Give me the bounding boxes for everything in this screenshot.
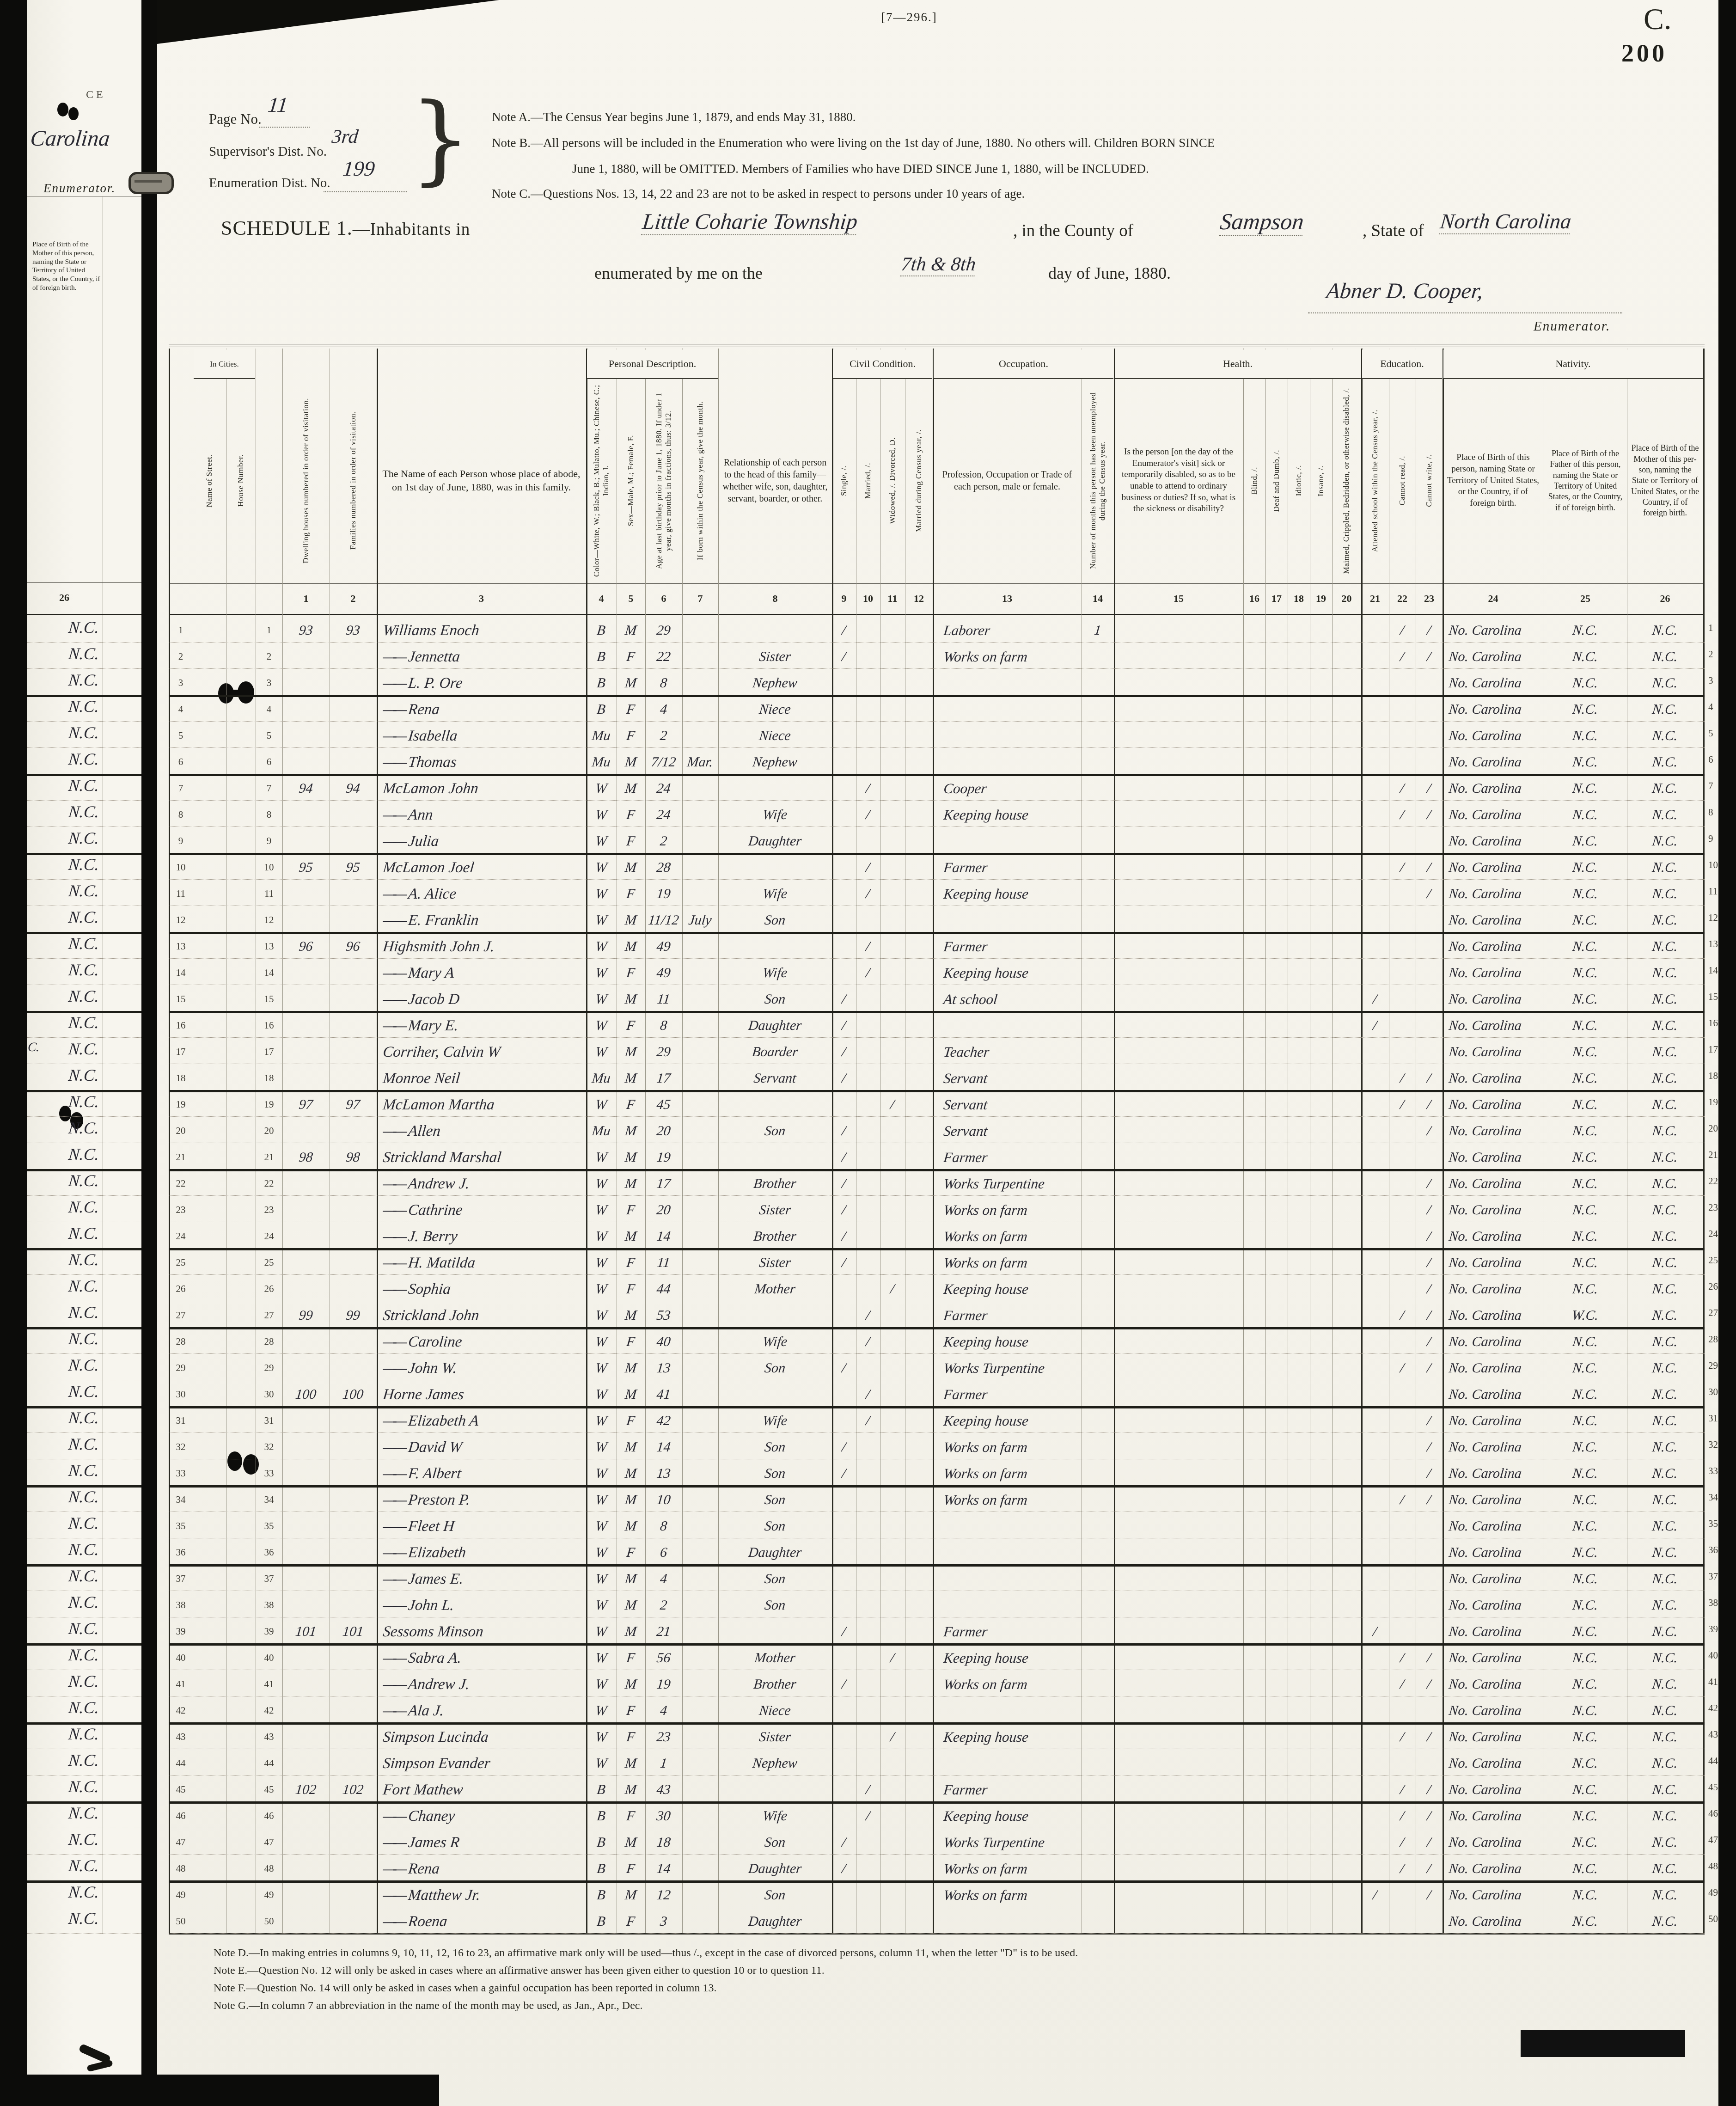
line-number: 47 [256, 1828, 282, 1854]
table-row: 119393Williams EnochBM29/Laborer1//No. C… [169, 616, 1705, 643]
cell-birthplace: No. Carolina [1448, 1828, 1545, 1854]
table-row: 2424——J. BerryWM14Brother/Works on farm/… [169, 1222, 1705, 1250]
cell-mother-birthplace: N.C. [1626, 747, 1705, 774]
strip-birthplace-value: N.C. [67, 721, 158, 747]
supervisor-dist-value: 3rd [330, 126, 359, 148]
cell-birthplace: No. Carolina [1448, 1406, 1545, 1433]
cell-relationship: Brother [717, 1169, 833, 1195]
strip-rule [27, 196, 141, 196]
strip-text-fragment: CE [86, 89, 106, 101]
cell-age: 30 [644, 1801, 684, 1828]
line-number: 5 [256, 721, 282, 747]
line-number: 30 [169, 1380, 193, 1406]
mark-cannot-write: / [1414, 879, 1444, 906]
line-number: 20 [256, 1116, 282, 1143]
strip-row: N.C. [27, 1380, 141, 1408]
mark-single: / [831, 1222, 857, 1248]
column-header-label: Relationship of each person to the head … [721, 457, 829, 505]
cell-relationship: Son [717, 1512, 833, 1538]
mark-cannot-write: / [1414, 853, 1444, 879]
cell-age: 29 [644, 1037, 684, 1064]
cell-mother-birthplace: N.C. [1626, 800, 1705, 826]
group-header-incities: In Cities. [194, 349, 255, 379]
cell-relationship: Brother [717, 1670, 833, 1696]
mark-cannot-write: / [1414, 616, 1444, 642]
table-row: 3131——Elizabeth AWF42Wife/Keeping house/… [169, 1406, 1705, 1433]
cell-sex: M [615, 1828, 647, 1854]
cell-age: 10 [644, 1485, 684, 1512]
mark-widowed: / [879, 1643, 906, 1670]
line-number: 19 [169, 1090, 193, 1116]
ditto-dash: —— [382, 909, 405, 932]
cell-age: 28 [644, 853, 684, 879]
cell-birthplace: No. Carolina [1448, 1749, 1545, 1775]
cell-color: B [585, 1907, 618, 1933]
margin-line-number: 23 [1708, 1202, 1718, 1213]
line-number: 6 [169, 747, 193, 774]
column-header-c6: Age at last birthday prior to June 1, 18… [645, 383, 682, 579]
cell-person-name: ——Ann [382, 800, 587, 826]
margin-line-number: 3 [1708, 675, 1713, 686]
cell-occupation: Servant [942, 1064, 1083, 1090]
line-number: 4 [256, 695, 282, 721]
cell-relationship: Sister [717, 1195, 833, 1222]
strip-stray-mark: C. [27, 1040, 40, 1055]
cell-age: 17 [644, 1064, 684, 1090]
table-row: 1717Corriher, Calvin WWM29Boarder/Teache… [169, 1037, 1705, 1064]
mark-single: / [831, 1116, 857, 1143]
cell-mother-birthplace: N.C. [1626, 1222, 1705, 1248]
cell-father-birthplace: N.C. [1542, 1327, 1628, 1353]
cell-father-birthplace: N.C. [1542, 1143, 1628, 1169]
line-number: 40 [169, 1643, 193, 1670]
cell-family-number: 97 [328, 1090, 378, 1116]
ditto-dash: —— [382, 961, 405, 985]
line-number: 42 [256, 1696, 282, 1722]
cell-color: W [585, 1459, 618, 1485]
strip-col26-header: Place of Birth of the Mother of this per… [32, 240, 101, 293]
ditto-dash: —— [382, 1831, 405, 1854]
cell-sex: M [615, 1512, 647, 1538]
cell-father-birthplace: N.C. [1542, 1643, 1628, 1670]
cell-color: B [585, 1880, 618, 1907]
line-number: 45 [169, 1775, 193, 1801]
margin-line-number: 25 [1708, 1255, 1718, 1266]
cell-sex: M [615, 906, 647, 932]
line-number: 26 [169, 1274, 193, 1301]
cell-mother-birthplace: N.C. [1626, 1591, 1705, 1617]
column-number-5: 5 [617, 583, 645, 614]
line-number: 5 [169, 721, 193, 747]
strip-row: N.C. [27, 1353, 141, 1380]
mark-widowed: / [879, 1090, 906, 1116]
line-number: 44 [169, 1749, 193, 1775]
cell-color: B [585, 1854, 618, 1880]
mark-cannot-write: / [1414, 1459, 1444, 1485]
cell-age: 8 [644, 1011, 684, 1037]
line-number: 25 [256, 1248, 282, 1274]
column-header-c16: Blind, /. [1243, 383, 1265, 579]
cell-father-birthplace: N.C. [1542, 1907, 1628, 1933]
margin-line-number: 42 [1708, 1702, 1718, 1714]
strip-birthplace-value: N.C. [67, 1749, 158, 1775]
cell-sex: M [615, 1485, 647, 1512]
cell-birthplace: No. Carolina [1448, 1353, 1545, 1380]
line-number: 8 [169, 800, 193, 826]
strip-birthplace-value: N.C. [67, 1353, 158, 1380]
column-header-label: The Name of each Person whose place of a… [379, 467, 583, 494]
cell-father-birthplace: N.C. [1542, 1591, 1628, 1617]
state-value: North Carolina [1439, 209, 1572, 234]
strip-row: N.C. [27, 958, 141, 985]
cell-birthplace: No. Carolina [1448, 1222, 1545, 1248]
cell-family-number: 95 [328, 853, 378, 879]
cell-sex: F [615, 879, 647, 906]
ditto-dash: —— [382, 1357, 405, 1380]
margin-line-number: 6 [1708, 754, 1713, 765]
cell-mother-birthplace: N.C. [1626, 1775, 1705, 1801]
strip-birthplace-value: N.C. [67, 1643, 158, 1670]
cell-birthplace: No. Carolina [1448, 1327, 1545, 1353]
strip-row: N.C. [27, 642, 141, 669]
mark-cannot-write: / [1414, 1670, 1444, 1696]
table-row: 4040——Sabra A.WF56Mother/Keeping house//… [169, 1643, 1705, 1670]
mark-married: / [855, 1801, 881, 1828]
cell-sex: F [615, 1195, 647, 1222]
cell-person-name: Strickland Marshal [382, 1143, 587, 1169]
column-header-c8: Relationship of each person to the head … [721, 383, 829, 579]
cell-father-birthplace: N.C. [1542, 721, 1628, 747]
strip-row: N.C. [27, 853, 141, 880]
cell-mother-birthplace: N.C. [1626, 958, 1705, 985]
cell-father-birthplace: N.C. [1542, 932, 1628, 958]
mark-cannot-write: / [1414, 1880, 1444, 1907]
strip-row: N.C. [27, 1195, 141, 1222]
cell-sex: M [615, 1749, 647, 1775]
cell-birth-month: Mar. [681, 747, 720, 774]
cell-birthplace: No. Carolina [1448, 616, 1545, 642]
cell-age: 13 [644, 1353, 684, 1380]
cell-occupation: Works on farm [942, 1433, 1083, 1459]
strip-row: N.C. [27, 1433, 141, 1459]
cell-mother-birthplace: N.C. [1626, 1274, 1705, 1301]
cell-color: W [585, 1643, 618, 1670]
cell-birthplace: No. Carolina [1448, 1011, 1545, 1037]
strip-row: N.C. [27, 1854, 141, 1883]
line-number: 4 [169, 695, 193, 721]
strip-birthplace-value: N.C. [67, 826, 158, 853]
line-number: 37 [256, 1564, 282, 1591]
margin-line-number: 45 [1708, 1782, 1718, 1793]
enumeration-dist-value: 199 [342, 156, 376, 181]
cell-color: W [585, 1274, 618, 1301]
strip-row: N.C. [27, 1696, 141, 1725]
cell-age: 12 [644, 1880, 684, 1907]
column-number-10: 10 [856, 583, 880, 614]
cell-relationship: Wife [717, 800, 833, 826]
county-lead: , in the County of [1013, 221, 1133, 241]
cell-sex: M [615, 1670, 647, 1696]
cell-mother-birthplace: N.C. [1626, 1248, 1705, 1274]
strip-birthplace-value: N.C. [67, 1169, 158, 1195]
ditto-dash: —— [382, 1594, 405, 1617]
line-number: 19 [256, 1090, 282, 1116]
strip-birthplace-value: N.C. [67, 1801, 158, 1828]
strip-row: N.C. [27, 1116, 141, 1143]
cell-color: W [585, 1143, 618, 1169]
cell-occupation: Works on farm [942, 1222, 1083, 1248]
strip-birthplace-value: N.C. [67, 1722, 158, 1749]
cell-color: W [585, 1327, 618, 1353]
line-number: 6 [256, 747, 282, 774]
group-header-education: Education. [1362, 349, 1442, 379]
table-row: 19199797McLamon MarthaWF45/Servant//No. … [169, 1090, 1705, 1117]
cell-age: 7/12 [644, 747, 684, 774]
cell-color: B [585, 1801, 618, 1828]
note-b-line1: Note B.—All persons will be included in … [492, 136, 1215, 150]
ditto-dash: —— [382, 645, 405, 668]
cell-occupation: Works Turpentine [942, 1353, 1083, 1380]
cell-age: 18 [644, 1828, 684, 1854]
cell-father-birthplace: N.C. [1542, 1564, 1628, 1591]
cell-age: 11 [644, 985, 684, 1011]
table-row: 4343Simpson LucindaWF23Sister/Keeping ho… [169, 1722, 1705, 1749]
margin-line-number: 13 [1708, 938, 1718, 950]
cell-father-birthplace: N.C. [1542, 800, 1628, 826]
cell-sex: M [615, 1591, 647, 1617]
cell-relationship: Wife [717, 1801, 833, 1828]
strip-birthplace-value: N.C. [67, 1248, 158, 1274]
ditto-dash: —— [382, 988, 405, 1011]
line-number: 13 [169, 932, 193, 958]
cell-age: 8 [644, 668, 684, 695]
mark-cannot-write: / [1414, 1433, 1444, 1459]
cell-family-number: 98 [328, 1143, 378, 1169]
cell-age: 20 [644, 1195, 684, 1222]
mark-cannot-write: / [1414, 1828, 1444, 1854]
cell-sex: F [615, 1538, 647, 1564]
column-number-18: 18 [1288, 583, 1310, 614]
cell-age: 44 [644, 1274, 684, 1301]
strip-birthplace-value: N.C. [67, 1854, 158, 1880]
table-row: 88——AnnWF24Wife/Keeping house//No. Carol… [169, 800, 1705, 827]
strip-birthplace-value: N.C. [67, 879, 158, 906]
cell-color: W [585, 1353, 618, 1380]
strip-birthplace-value: N.C. [67, 1512, 158, 1538]
cell-color: W [585, 1248, 618, 1274]
cell-age: 14 [644, 1222, 684, 1248]
cell-person-name: ——Rena [382, 1854, 587, 1880]
margin-line-number: 32 [1708, 1439, 1718, 1451]
strip-birthplace-value: N.C. [67, 1907, 158, 1933]
cell-dwelling-number: 102 [281, 1775, 331, 1801]
cell-mother-birthplace: N.C. [1626, 1538, 1705, 1564]
column-header-c23: Cannot write, /. [1416, 383, 1443, 579]
cell-mother-birthplace: N.C. [1626, 1433, 1705, 1459]
cell-mother-birthplace: N.C. [1626, 721, 1705, 747]
footnote-f: Note F.—Question No. 14 will only be ask… [214, 1982, 717, 1995]
cell-color: W [585, 1538, 618, 1564]
cell-birthplace: No. Carolina [1448, 1090, 1545, 1116]
cell-age: 4 [644, 1564, 684, 1591]
strip-row: N.C. [27, 1643, 141, 1670]
mark-cannot-write: / [1414, 1722, 1444, 1749]
cell-relationship: Niece [717, 695, 833, 721]
strip-row: N.C. [27, 1485, 141, 1512]
line-number: 49 [169, 1880, 193, 1907]
cell-mother-birthplace: N.C. [1626, 1169, 1705, 1195]
column-header-label: Name of Street. [205, 454, 214, 508]
cell-father-birthplace: N.C. [1542, 774, 1628, 800]
cell-father-birthplace: N.C. [1542, 1749, 1628, 1775]
mark-single: / [831, 616, 857, 642]
cell-dwelling-number: 97 [281, 1090, 331, 1116]
mark-cannot-write: / [1414, 1301, 1444, 1327]
township-value: Little Coharie Township [641, 209, 859, 235]
cell-relationship: Daughter [717, 1854, 833, 1880]
group-header-personal: Personal Description. [587, 349, 718, 379]
cell-mother-birthplace: N.C. [1626, 1011, 1705, 1037]
table-row: 2525——H. MatildaWF11Sister/Works on farm… [169, 1248, 1705, 1275]
mark-cannot-write: / [1414, 1116, 1444, 1143]
cell-color: W [585, 1301, 618, 1327]
cell-father-birthplace: N.C. [1542, 1011, 1628, 1037]
table-row: 4242——Ala J.WF4NieceNo. CarolinaN.C.N.C. [169, 1696, 1705, 1725]
cell-age: 43 [644, 1775, 684, 1801]
cell-relationship: Sister [717, 1722, 833, 1749]
ink-blot-icon [57, 103, 68, 116]
cell-mother-birthplace: N.C. [1626, 1353, 1705, 1380]
margin-line-number: 4 [1708, 701, 1713, 713]
ink-blot-icon [68, 107, 79, 120]
cell-color: Mu [585, 721, 618, 747]
cell-person-name: ——Cathrine [382, 1195, 587, 1222]
cell-relationship: Sister [717, 1248, 833, 1274]
margin-line-number: 39 [1708, 1623, 1718, 1635]
cell-father-birthplace: N.C. [1542, 1116, 1628, 1143]
cell-family-number: 102 [328, 1775, 378, 1801]
line-number: 36 [256, 1538, 282, 1564]
strip-birthplace-value: N.C. [67, 774, 158, 800]
cell-mother-birthplace: N.C. [1626, 616, 1705, 642]
strip-birthplace-value: N.C. [67, 932, 158, 958]
margin-line-number: 36 [1708, 1544, 1718, 1556]
mark-married: / [855, 932, 881, 958]
strip-birthplace-value: N.C. [67, 1406, 158, 1433]
cell-age: 11/12 [644, 906, 684, 932]
column-header-c1: Dwelling houses numbered in order of vis… [282, 383, 330, 579]
margin-line-number: 30 [1708, 1386, 1718, 1398]
cell-mother-birthplace: N.C. [1626, 668, 1705, 695]
cell-color: Mu [585, 747, 618, 774]
cell-birthplace: No. Carolina [1448, 1195, 1545, 1222]
margin-line-number: 18 [1708, 1070, 1718, 1082]
cell-occupation: Farmer [942, 1301, 1083, 1327]
column-header-label: Married, /. [863, 463, 873, 499]
cell-person-name: ——Allen [382, 1116, 587, 1143]
cell-birthplace: No. Carolina [1448, 1538, 1545, 1564]
cell-age: 14 [644, 1433, 684, 1459]
cell-occupation: At school [942, 985, 1083, 1011]
cell-occupation: Servant [942, 1090, 1083, 1116]
mark-single: / [831, 1064, 857, 1090]
column-header-label: Number of months this person has been un… [1088, 384, 1107, 578]
strip-row: N.C. [27, 1090, 141, 1117]
ditto-dash: —— [382, 1330, 405, 1353]
cell-occupation: Farmer [942, 1143, 1083, 1169]
scan-left-edge [0, 0, 27, 2106]
line-number: 29 [256, 1353, 282, 1380]
column-header-c12: Married during Census year, /. [905, 383, 933, 579]
column-header-c10: Married, /. [856, 383, 880, 579]
cell-person-name: ——John W. [382, 1353, 587, 1380]
column-number-14: 14 [1082, 583, 1114, 614]
cell-family-number: 99 [328, 1301, 378, 1327]
note-a: Note A.—The Census Year begins June 1, 1… [492, 110, 856, 124]
line-number: 15 [256, 985, 282, 1011]
table-row: 33——L. P. OreBM8NephewNo. CarolinaN.C.N.… [169, 668, 1705, 697]
table-row: 4848——RenaBF14Daughter/Works on farm//No… [169, 1854, 1705, 1883]
line-number: 14 [169, 958, 193, 985]
cell-color: W [585, 1433, 618, 1459]
cell-color: B [585, 616, 618, 642]
cell-color: B [585, 668, 618, 695]
cell-relationship: Boarder [717, 1037, 833, 1064]
line-number: 44 [256, 1749, 282, 1775]
cell-person-name: ——Sabra A. [382, 1643, 587, 1670]
column-header-c24: Place of Birth of this person, naming St… [1445, 383, 1541, 579]
line-number: 40 [256, 1643, 282, 1670]
cell-sex: F [615, 642, 647, 668]
ditto-dash: —— [382, 1014, 405, 1037]
line-number: 3 [256, 668, 282, 695]
cell-father-birthplace: N.C. [1542, 1380, 1628, 1406]
mark-attended-school: / [1360, 1617, 1390, 1643]
line-number: 46 [169, 1801, 193, 1828]
cell-dwelling-number: 95 [281, 853, 331, 879]
cell-father-birthplace: N.C. [1542, 1195, 1628, 1222]
mark-single: / [831, 642, 857, 668]
ditto-dash: —— [382, 1910, 405, 1933]
mark-cannot-write: / [1414, 1064, 1444, 1090]
cell-birthplace: No. Carolina [1448, 1512, 1545, 1538]
column-header-label: Single, /. [839, 465, 849, 496]
column-header-label: Widowed, /. Divorced, D. [888, 437, 897, 524]
cell-birthplace: No. Carolina [1448, 1143, 1545, 1169]
strip-row: N.C. [27, 826, 141, 855]
column-header-c3: The Name of each Person whose place of a… [379, 383, 583, 579]
column-header-c19: Insane, /. [1310, 383, 1332, 579]
line-number: 13 [256, 932, 282, 958]
strip-row: N.C. [27, 721, 141, 748]
column-header-label: Is the person [on the day of the Enumera… [1117, 447, 1241, 515]
table-row: 21219898Strickland MarshalWM19/FarmerNo.… [169, 1143, 1705, 1171]
footnote-g: Note G.—In column 7 an abbreviation in t… [214, 2000, 642, 2012]
cell-age: 4 [644, 695, 684, 721]
cell-occupation: Laborer [942, 616, 1083, 642]
schedule-title: SCHEDULE 1.—Inhabitants in [221, 216, 470, 240]
cell-person-name: ——Sophia [382, 1274, 587, 1301]
mark-married: / [855, 1301, 881, 1327]
column-header-label: Place of Birth of this person, naming St… [1445, 452, 1541, 509]
cell-birthplace: No. Carolina [1448, 906, 1545, 932]
strip-row: N.C. [27, 1907, 141, 1934]
mark-cannot-read: / [1388, 1064, 1417, 1090]
cell-relationship: Nephew [717, 1749, 833, 1775]
table-row: 3535——Fleet HWM8SonNo. CarolinaN.C.N.C. [169, 1512, 1705, 1538]
cell-birthplace: No. Carolina [1448, 1459, 1545, 1485]
cell-sex: M [615, 774, 647, 800]
